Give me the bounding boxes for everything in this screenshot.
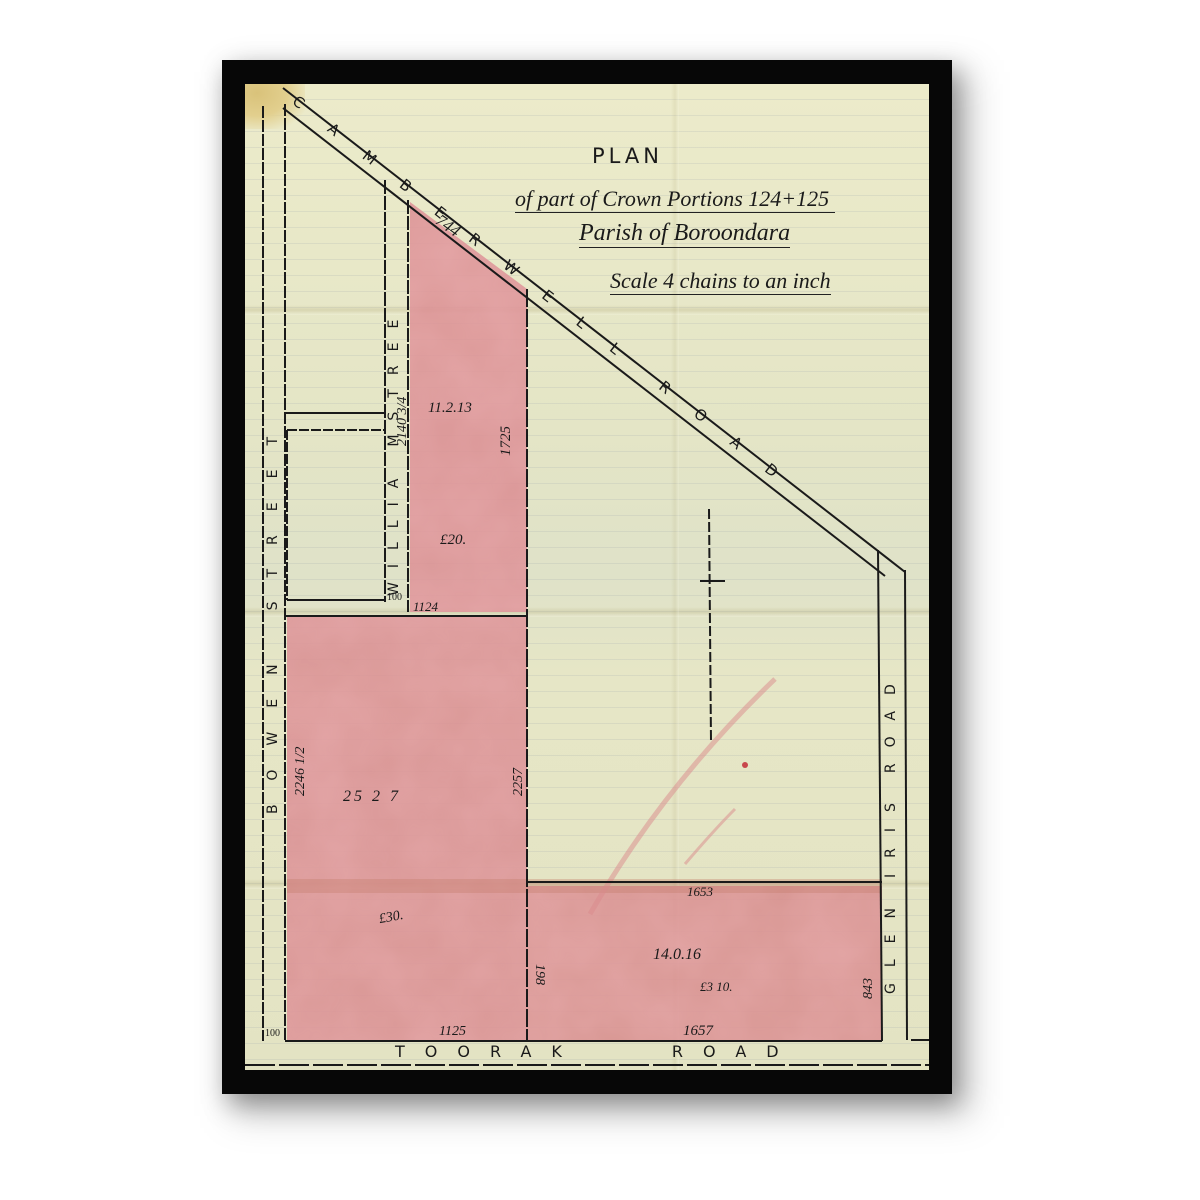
upper-price-note: £20. <box>440 532 466 549</box>
lower-left-bottom-measure: 1125 <box>439 1024 466 1040</box>
bowen-street-label: BOWENSTREET <box>265 413 281 814</box>
upper-right-measure: 1725 <box>498 426 515 456</box>
lower-right-area: 14.0.16 <box>653 946 701 964</box>
lower-right-left-measure: 198 <box>531 964 547 985</box>
lower-right-top-measure: 1653 <box>687 884 713 900</box>
plan-scale: Scale 4 chains to an inch <box>610 268 831 295</box>
plan-subtitle: of part of Crown Portions 124+125 <box>515 186 835 213</box>
upper-bottom-measure: 1124 <box>413 599 438 615</box>
plan-parish: Parish of Boroondara <box>579 220 790 248</box>
plan-title: PLAN <box>592 144 663 168</box>
plan-paper: PLAN of part of Crown Portions 124+125 P… <box>245 84 929 1070</box>
upper-left-measure: 2140 3/4 <box>395 397 411 446</box>
lower-left-left-measure: 2246 1/2 <box>293 747 309 796</box>
lower-right-bottom-measure: 1657 <box>683 1023 713 1040</box>
lower-left-right-measure: 2257 <box>511 768 527 796</box>
lower-left-area: 25 2 7 <box>343 788 401 806</box>
toorak-corner-label: 100 <box>265 1028 280 1039</box>
william-corner-label: 100 <box>387 592 402 603</box>
lower-right-price-note: £3 10. <box>700 979 733 995</box>
upper-area: 11.2.13 <box>428 400 472 417</box>
toorak-road-label: TOORAKROAD <box>395 1042 799 1061</box>
glen-iris-road-label: GLENIRISROAD <box>883 668 899 994</box>
picture-frame: PLAN of part of Crown Portions 124+125 P… <box>222 60 952 1094</box>
william-street-label: WILLIAMSTREE <box>386 306 402 596</box>
lower-right-right-measure: 843 <box>861 978 877 999</box>
